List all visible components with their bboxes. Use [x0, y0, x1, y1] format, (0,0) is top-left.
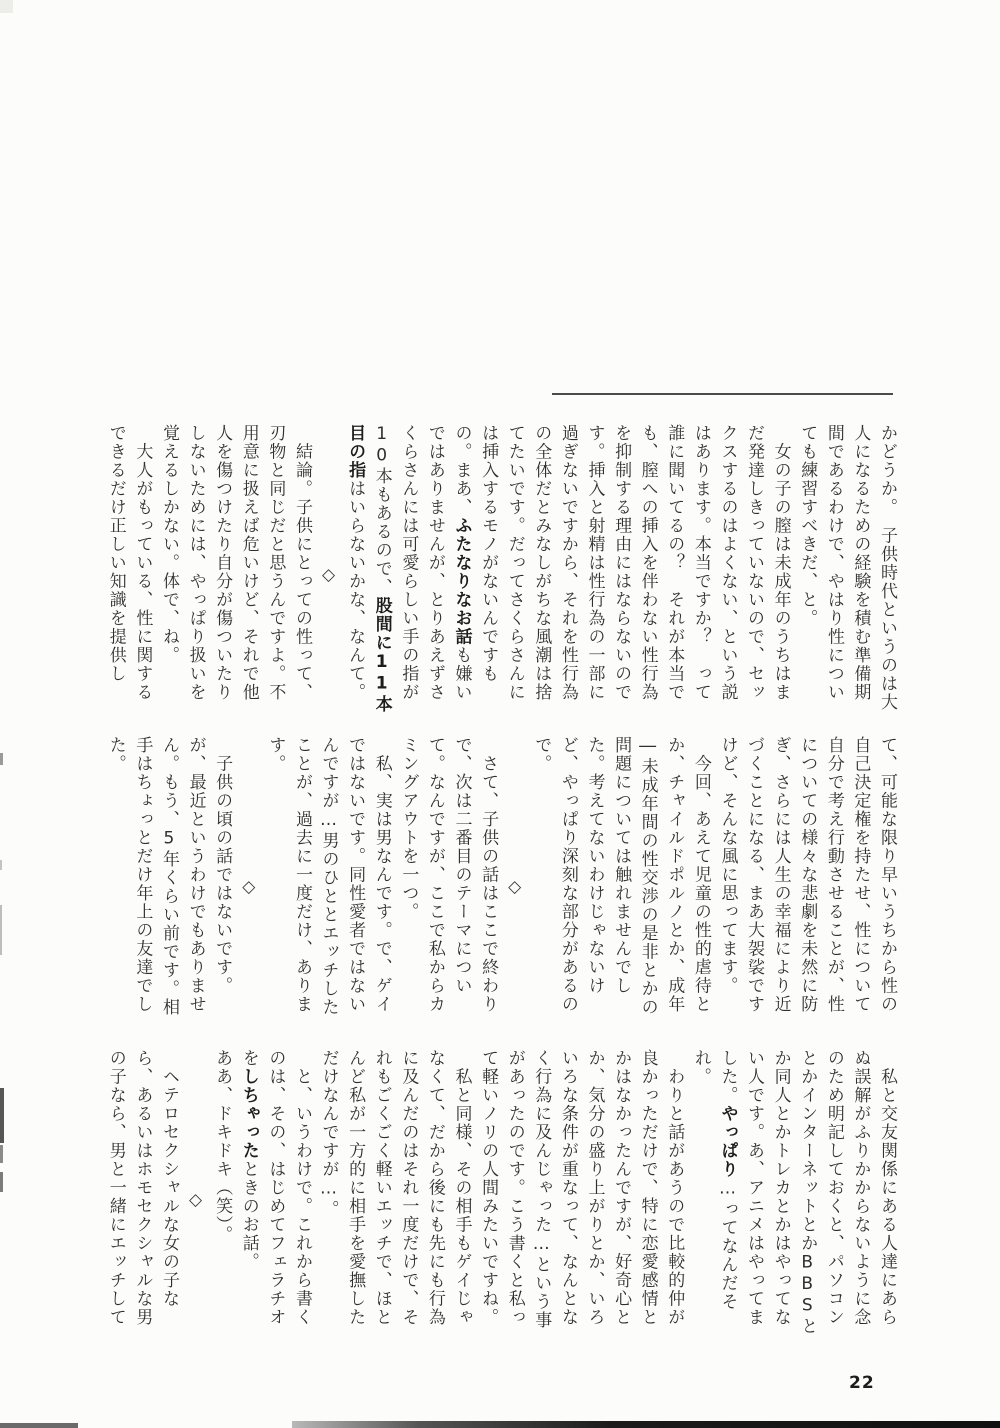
text-run: の。まあ、 — [452, 424, 472, 517]
emphasized-text-run: やっぱり — [717, 1105, 737, 1179]
text-run: …ってなんだそ — [717, 1179, 737, 1312]
text-run: いろな条件が重なって、なんとな — [558, 1049, 578, 1327]
page-edge-shadow-left — [0, 1423, 78, 1428]
text-column: 人を傷つけたり自分が傷ついたり — [209, 424, 236, 728]
text-run: ぬ誤解がふりかからないように念 — [850, 1049, 870, 1327]
text-column: 今回、あえて児童の性的虐待と — [687, 736, 714, 1040]
text-column: 目の指はいらないかな、なんて。 — [342, 424, 369, 728]
text-column: 問題については触れませんでし — [607, 736, 634, 1040]
text-column: さて、子供の話はここで終わり — [475, 736, 502, 1040]
text-column: ら、あるいはホモセクシャルな男 — [129, 1049, 156, 1353]
text-run: ど、やっぱり深刻な部分があるの — [558, 736, 578, 1014]
text-column: く行為に及んじゃった…という事 — [528, 1049, 555, 1353]
scan-smudge-left-edge — [0, 1145, 3, 1163]
text-column: で、次は二番目のテーマについ — [448, 736, 475, 1040]
text-run: 10本もあるので、 — [372, 424, 392, 597]
scanned-doujinshi-page: かどうか。 子供時代というのは大人になるための経験を積む準備期間であるわけで、や… — [0, 0, 1000, 1428]
text-column: か、チャイルドポルノとか、成年 — [661, 736, 688, 1040]
text-column: クスするのはよくない、という説 — [714, 424, 741, 728]
text-column: ど、やっぱり深刻な部分があるの — [554, 736, 581, 1040]
text-run: 人を傷つけたり自分が傷ついたり — [212, 424, 232, 702]
text-band-top: かどうか。 子供時代というのは大人になるための経験を積む準備期間であるわけで、や… — [100, 424, 900, 728]
text-run: 私、実は男なんです。で、ゲイ — [372, 736, 392, 1014]
text-run: く行為に及んじゃった…という事 — [531, 1049, 551, 1330]
text-column: づくことになる、まあ大袈裟です — [740, 736, 767, 1040]
text-band-middle: て、可能な限り早いうちから性の自己決定権を持たせ、性について自分で考え行動させる… — [100, 736, 900, 1040]
text-column: ぬ誤解がふりかからないように念 — [847, 1049, 874, 1353]
text-run: す。 — [265, 736, 285, 773]
text-run: はあります。本当ですか？ って — [691, 424, 711, 702]
text-run: 人になるための経験を積む準備期 — [850, 424, 870, 702]
text-column: ん。もう、5年くらい前です。相 — [155, 736, 182, 1040]
text-column: て。なんですが、ここで私からカ — [421, 736, 448, 1040]
section-break-diamond: ◇ — [235, 736, 262, 1040]
text-run: た。 — [106, 736, 126, 773]
text-run: た。考えてないわけじゃないけ — [584, 736, 604, 995]
text-run: てたいです。だってさくらさんに — [505, 424, 525, 702]
text-run: か、チャイルドポルノとか、成年 — [664, 736, 684, 1014]
text-column: 女の子の膣は未成年のうちはま — [767, 424, 794, 728]
text-run: の全体だとみなしがちな風潮は捨 — [531, 424, 551, 702]
text-run: て。なんですが、ここで私からカ — [425, 736, 445, 1014]
text-run: だけなんですが…。 — [319, 1049, 339, 1219]
emphasized-text-run: 目の指 — [345, 424, 365, 480]
text-column: と、いうわけで。これから書く — [288, 1049, 315, 1353]
text-run: はいらないかな、なんて。 — [345, 480, 365, 702]
text-column: か同人とかトレカとかはやってな — [767, 1049, 794, 1353]
text-run: んですが…男のひととエッチした — [319, 736, 339, 1017]
text-column: 結論。子供にとっての性って、 — [288, 424, 315, 728]
text-column: んど私が一方的に相手を愛撫した — [342, 1049, 369, 1353]
text-run: ん。もう、5年くらい前です。相 — [159, 736, 179, 1017]
text-run: て、可能な限り早いうちから性の — [877, 736, 897, 1014]
emphasized-text-run: 股間に11本 — [372, 597, 392, 714]
text-run: 女の子の膣は未成年のうちはま — [771, 424, 791, 702]
text-column: ではありませんが、とりあえずさ — [421, 424, 448, 728]
text-run: づくことになる、まあ大袈裟です — [744, 736, 764, 1014]
text-column: れもごくごく軽いエッチで、ほと — [368, 1049, 395, 1353]
text-run: の子なら、男と一緒にエッチして — [106, 1049, 126, 1327]
text-column: の全体だとみなしがちな風潮は捨 — [528, 424, 555, 728]
text-column: 自分で考え行動させることが、性 — [820, 736, 847, 1040]
text-column: も、膣への挿入を伴わない性行為 — [634, 424, 661, 728]
text-column: 良かっただけで、特に恋愛感情と — [634, 1049, 661, 1353]
text-column: れ。 — [687, 1049, 714, 1353]
text-run: さて、子供の話はここで終わり — [478, 736, 498, 1014]
text-column: はあります。本当ですか？ って — [687, 424, 714, 728]
scan-speck-top-left — [0, 0, 13, 13]
text-run: けど、そんな風に思ってます。 — [717, 736, 737, 995]
text-column: なくて、だから後にも先にも行為 — [421, 1049, 448, 1353]
text-run: て軽いノリの人間みたいですね。 — [478, 1049, 498, 1327]
text-run: も、膣への挿入を伴わない性行為 — [638, 424, 658, 702]
text-run: ヘテロセクシャルな女の子な — [159, 1049, 179, 1308]
scan-smudge-left-edge — [0, 860, 2, 870]
text-column: ても練習すべきだ、と。 — [794, 424, 821, 728]
text-column: 人になるための経験を積む準備期 — [847, 424, 874, 728]
text-run: 間であるわけで、やはり性につい — [824, 424, 844, 702]
text-column: しないためには、やっぱり扱いを — [182, 424, 209, 728]
text-column: が、最近というわけでもありませ — [182, 736, 209, 1040]
text-run: ではないです。同性愛者ではない — [345, 736, 365, 1014]
text-column: の。まあ、ふたなりなお話も嫌い — [448, 424, 475, 728]
text-column: けど、そんな風に思ってます。 — [714, 736, 741, 1040]
text-column: 自己決定権を持たせ、性について — [847, 736, 874, 1040]
text-run: のため明記しておくと、パソコン — [824, 1049, 844, 1327]
text-run: ◇ — [239, 877, 259, 899]
text-run: わりと話があうので比較的仲が — [664, 1049, 684, 1327]
text-column: の子なら、男と一緒にエッチして — [102, 1049, 129, 1353]
text-run: んど私が一方的に相手を愛撫した — [345, 1049, 365, 1327]
text-run: ら、あるいはホモセクシャルな男 — [132, 1049, 152, 1327]
text-run: 今回、あえて児童の性的虐待と — [691, 736, 711, 1014]
text-run: ぎ、さらには人生の幸福により近 — [771, 736, 791, 1014]
text-run: なくて、だから後にも先にも行為 — [425, 1049, 445, 1327]
text-run: で、次は二番目のテーマについ — [452, 736, 472, 995]
text-run: が、最近というわけでもありませ — [186, 736, 206, 1014]
text-column: に及んだのはそれ一度だけで、そ — [395, 1049, 422, 1353]
scan-smudge-left-edge — [0, 905, 2, 955]
text-run: ことが、過去に一度だけ、ありま — [292, 736, 312, 1014]
text-run: 子供の頃の話ではないです。 — [212, 736, 232, 995]
text-run: す。挿入と射精は性行為の一部に — [584, 424, 604, 702]
text-run: かどうか。 子供時代というのは大 — [877, 424, 897, 712]
text-column: 私と同様、その相手もゲイじゃ — [448, 1049, 475, 1353]
text-column: かどうか。 子供時代というのは大 — [873, 424, 900, 728]
text-run: に及んだのはそれ一度だけで、そ — [398, 1049, 418, 1327]
text-column: についての様々な悲劇を未然に防 — [794, 736, 821, 1040]
text-run: 手はちょっとだけ年上の友達でし — [132, 736, 152, 1014]
text-column: す。 — [262, 736, 289, 1040]
text-column: 大人がもっている、性に関する — [129, 424, 156, 728]
text-run: 良かっただけで、特に恋愛感情と — [638, 1049, 658, 1327]
text-run: を — [239, 1049, 259, 1068]
text-run: 誰に聞いてるの？ それが本当で — [664, 424, 684, 702]
text-column: ではないです。同性愛者ではない — [342, 736, 369, 1040]
text-run: についての様々な悲劇を未然に防 — [797, 736, 817, 1014]
text-run: 大人がもっている、性に関する — [132, 424, 152, 702]
text-column: て、可能な限り早いうちから性の — [873, 736, 900, 1040]
text-column: を抑制する理由にはならないので — [607, 424, 634, 728]
text-run: か、気分の盛り上がりとか、いろ — [584, 1049, 604, 1327]
scan-smudge-left-edge — [0, 753, 3, 765]
text-column: できるだけ正しい知識を提供し — [102, 424, 129, 728]
text-run: 自己決定権を持たせ、性について — [850, 736, 870, 1014]
text-column: とかインターネットとかBBSと — [794, 1049, 821, 1353]
text-run: 用意に扱えば危いけど、それで他 — [239, 424, 259, 702]
text-run: も嫌い — [452, 646, 472, 702]
text-run: した。 — [717, 1049, 737, 1105]
section-break-diamond: ◇ — [182, 1049, 209, 1353]
text-run: ではありませんが、とりあえずさ — [425, 424, 445, 702]
text-run: ても練習すべきだ、と。 — [797, 424, 817, 628]
text-run: か同人とかトレカとかはやってな — [771, 1049, 791, 1327]
text-run: 結論。子供にとっての性って、 — [292, 424, 312, 702]
text-run: と、いうわけで。これから書く — [292, 1049, 312, 1327]
text-column: た。考えてないわけじゃないけ — [581, 736, 608, 1040]
text-column: ことが、過去に一度だけ、ありま — [288, 736, 315, 1040]
text-column: い人です。あ、アニメはやってま — [740, 1049, 767, 1353]
text-column: 過ぎないですから、それを性行為 — [554, 424, 581, 728]
text-column: た。 — [102, 736, 129, 1040]
text-run: ―未成年間の性交渉の是非とかの — [638, 736, 658, 1017]
text-run: を抑制する理由にはならないので — [611, 424, 631, 702]
text-column: 間であるわけで、やはり性につい — [820, 424, 847, 728]
text-run: 覚えるしかない。体で、ね。 — [159, 424, 179, 665]
text-column: ミングアウトを一つ。 — [395, 736, 422, 1040]
text-column: 覚えるしかない。体で、ね。 — [155, 424, 182, 728]
text-run: 問題については触れませんでし — [611, 736, 631, 995]
text-column: ―未成年間の性交渉の是非とかの — [634, 736, 661, 1040]
emphasized-text-run: ふたなりなお話 — [452, 517, 472, 647]
text-run: 刃物と同じだと思うんですよ。不 — [265, 424, 285, 702]
text-run: ◇ — [319, 565, 339, 587]
text-run: で。 — [531, 736, 551, 773]
text-column: 用意に扱えば危いけど、それで他 — [235, 424, 262, 728]
text-column: ぎ、さらには人生の幸福により近 — [767, 736, 794, 1040]
text-column: のため明記しておくと、パソコン — [820, 1049, 847, 1353]
text-column: くらさんには可愛らしい手の指が — [395, 424, 422, 728]
text-column: 10本もあるので、股間に11本 — [368, 424, 395, 728]
text-run: 私と同様、その相手もゲイじゃ — [452, 1049, 472, 1327]
text-column: ヘテロセクシャルな女の子な — [155, 1049, 182, 1353]
text-column: か、気分の盛り上がりとか、いろ — [581, 1049, 608, 1353]
text-column: て軽いノリの人間みたいですね。 — [475, 1049, 502, 1353]
text-run: ◇ — [505, 877, 525, 899]
text-column: いろな条件が重なって、なんとな — [554, 1049, 581, 1353]
section-break-diamond: ◇ — [315, 424, 342, 728]
text-column: てたいです。だってさくらさんに — [501, 424, 528, 728]
text-run: 私と交友関係にある人達にあら — [877, 1049, 897, 1327]
text-column: 誰に聞いてるの？ それが本当で — [661, 424, 688, 728]
text-run: だ発達しきっていないので、セッ — [744, 424, 764, 702]
text-run: できるだけ正しい知識を提供し — [106, 424, 126, 683]
text-run: れもごくごく軽いエッチで、ほと — [372, 1049, 392, 1327]
page-edge-shadow-bottom — [292, 1421, 1000, 1428]
text-run: のは、その、はじめてフェラチオ — [265, 1049, 285, 1327]
scan-smudge-left-edge — [0, 1088, 4, 1143]
text-column: だ発達しきっていないので、セッ — [740, 424, 767, 728]
text-run: ああ、ドキドキ（笑）。 — [212, 1049, 232, 1244]
page-number: 22 — [849, 1373, 875, 1393]
text-column: 私と交友関係にある人達にあら — [873, 1049, 900, 1353]
text-run: い人です。あ、アニメはやってま — [744, 1049, 764, 1327]
text-run: ときのお話。 — [239, 1160, 259, 1271]
scan-smudge-left-edge — [0, 1172, 3, 1192]
text-column: かはなかったんですが、好奇心と — [607, 1049, 634, 1353]
text-run: クスするのはよくない、という説 — [717, 424, 737, 702]
text-column: 手はちょっとだけ年上の友達でし — [129, 736, 156, 1040]
text-column: 刃物と同じだと思うんですよ。不 — [262, 424, 289, 728]
text-band-bottom: 私と交友関係にある人達にあらぬ誤解がふりかからないように念のため明記しておくと、… — [100, 1049, 900, 1353]
text-run: は挿入するモノがないんですも — [478, 424, 498, 683]
section-divider-rule — [552, 393, 893, 395]
text-column: は挿入するモノがないんですも — [475, 424, 502, 728]
text-column: んですが…男のひととエッチした — [315, 736, 342, 1040]
text-run: かはなかったんですが、好奇心と — [611, 1049, 631, 1327]
text-column: わりと話があうので比較的仲が — [661, 1049, 688, 1353]
text-column: のは、その、はじめてフェラチオ — [262, 1049, 289, 1353]
section-break-diamond: ◇ — [501, 736, 528, 1040]
text-column: だけなんですが…。 — [315, 1049, 342, 1353]
text-run: 過ぎないですから、それを性行為 — [558, 424, 578, 702]
emphasized-text-run: しちゃった — [239, 1068, 259, 1161]
text-run: れ。 — [691, 1049, 711, 1086]
text-run: ◇ — [186, 1190, 206, 1212]
text-run: くらさんには可愛らしい手の指が — [398, 424, 418, 702]
text-column: ああ、ドキドキ（笑）。 — [209, 1049, 236, 1353]
text-column: 私、実は男なんです。で、ゲイ — [368, 736, 395, 1040]
text-column: があったのです。こう書くと私っ — [501, 1049, 528, 1353]
text-run: ミングアウトを一つ。 — [398, 736, 418, 921]
text-column: で。 — [528, 736, 555, 1040]
text-run: しないためには、やっぱり扱いを — [186, 424, 206, 702]
text-run: があったのです。こう書くと私っ — [505, 1049, 525, 1327]
text-run: とかインターネットとかBBSと — [797, 1049, 817, 1336]
text-column: をしちゃったときのお話。 — [235, 1049, 262, 1353]
text-column: 子供の頃の話ではないです。 — [209, 736, 236, 1040]
text-column: した。やっぱり…ってなんだそ — [714, 1049, 741, 1353]
text-run: 自分で考え行動させることが、性 — [824, 736, 844, 1014]
text-column: す。挿入と射精は性行為の一部に — [581, 424, 608, 728]
